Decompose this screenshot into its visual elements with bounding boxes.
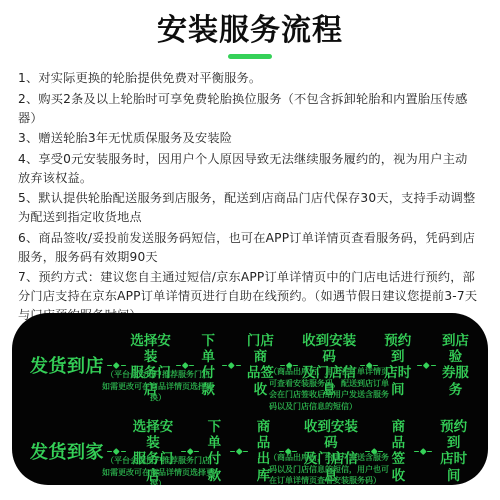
- flow-banner: 发货到店 选择安装 服务门店 下单 付款 门店商 品签收 收到安装码 及门店信息…: [12, 313, 488, 485]
- title-underline: [228, 54, 272, 59]
- flow-label-ship-to-home: 发货到家: [30, 438, 104, 464]
- install-service-page: 安装服务流程 1、对实际更换的轮胎提供免费对平衡服务。 2、购买2条及以上轮胎时…: [0, 0, 500, 500]
- service-note-2: 2、购买2条及以上轮胎时可享免费轮胎换位服务（不包含拆卸轮胎和内置胎压传感器）: [18, 90, 482, 128]
- note-recommended-store: （平台会为用户推荐服务门店 如需更改可在商品详情页选择更换）: [98, 455, 218, 485]
- service-note-5: 5、默认提供轮胎配送服务到店服务，配送到店商品门店代保存30天，支持手动调整 为…: [18, 189, 482, 227]
- service-notes-list: 1、对实际更换的轮胎提供免费对平衡服务。 2、购买2条及以上轮胎时可享免费轮胎换…: [18, 69, 482, 325]
- flow-arrow-icon: [228, 449, 251, 454]
- flow-step-book-time: 预约到 店时间: [435, 419, 472, 484]
- flow-arrow-icon: [179, 449, 202, 454]
- page-title: 安装服务流程: [0, 14, 500, 47]
- flow-arrow-icon: [105, 449, 128, 454]
- service-note-6: 6、商品签收/妥投前发送服务码短信，也可在APP订单详情页查看服务码，凭码到店 …: [18, 229, 482, 267]
- header: 安装服务流程: [0, 0, 500, 59]
- flow-arrow-icon: [105, 363, 128, 368]
- flow-label-ship-to-store: 发货到店: [30, 352, 104, 378]
- service-note-4: 4、享受0元安装服务时，因用户个人原因导致无法继续服务履约的，视为用户主动 放弃…: [18, 150, 482, 188]
- flow-row-ship-to-store: 发货到店 选择安装 服务门店 下单 付款 门店商 品签收 收到安装码 及门店信息…: [12, 313, 488, 399]
- flow-arrow-icon: [220, 363, 243, 368]
- service-note-3: 3、赠送轮胎3年无忧质保服务及安装险: [18, 129, 482, 148]
- service-note-1: 1、对实际更换的轮胎提供免费对平衡服务。: [18, 69, 482, 88]
- flow-row-ship-to-home: 发货到家 选择安装 服务门店 下单 付款 商品 出库 收到安装码 及门店信息 商…: [12, 399, 488, 485]
- note-service-code: （商品出库后，给用户发送含服务 码以及门店信息的短信，用户也可 在订单详情页查看…: [269, 452, 419, 485]
- flow-step-redeem-in-store: 到店验 券服务: [439, 333, 472, 398]
- flow-arrow-icon: [174, 363, 197, 368]
